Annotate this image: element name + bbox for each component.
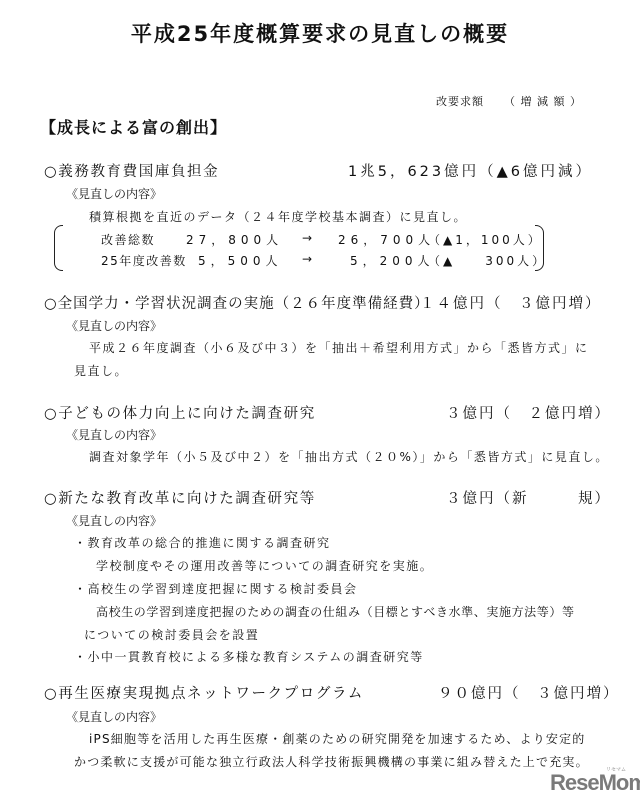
- item-sublabel-2: 《見直しの内容》: [66, 317, 162, 334]
- list-item-detail: 学校制度やその運用改善等についての調査研究を実施。: [96, 557, 433, 574]
- item-name-3: ○子どもの体力向上に向けた調査研究: [44, 402, 316, 423]
- item-amount-3: ３億円（ ２億円増）: [446, 402, 611, 423]
- page-title: 平成25年度概算要求の見直しの概要: [0, 18, 640, 48]
- item-line-5-1: iPS細胞等を活用した再生医療・創薬のための研究開発を加速するため、より安定的: [89, 730, 586, 747]
- bracket-left: [54, 225, 63, 271]
- item-sublabel-1: 《見直しの内容》: [66, 185, 162, 202]
- item-name-4: ○新たな教育改革に向けた調査研究等: [44, 487, 316, 508]
- item-name-2: ○全国学力・学習状況調査の実施（２６年度準備経費）: [44, 292, 430, 313]
- item-line-2-2: 見直し。: [74, 362, 128, 379]
- table-cell-diff: （▲ 300人）: [428, 252, 547, 269]
- list-item-detail: 高校生の学習到達度把握のための調査の仕組み（目標とすべき水準、実施方法等）等: [96, 603, 575, 620]
- list-item: ・小中一貫教育校による多様な教育システムの調査研究等: [74, 648, 424, 665]
- arrow-icon: →: [302, 252, 314, 266]
- table-row: 25年度改善数: [101, 252, 187, 269]
- table-cell-diff: （▲1，100人）: [428, 231, 543, 248]
- item-sublabel-3: 《見直しの内容》: [66, 426, 162, 443]
- item-line-5-2: かつ柔軟に支援が可能な独立行政法人科学技術振興機構の事業に組み替えた上で充実。: [74, 753, 589, 770]
- item-line-3-1: 調査対象学年（小５及び中２）を「抽出方式（２０%）」から「悉皆方式」に見直し。: [89, 448, 609, 465]
- item-amount-5: ９０億円（ ３億円増）: [438, 682, 620, 703]
- item-amount-4: ３億円（新 規）: [446, 487, 611, 508]
- section-title: 【成長による富の創出】: [40, 115, 227, 138]
- resemom-logo: ReseMom: [550, 770, 640, 796]
- item-sublabel-5: 《見直しの内容》: [66, 708, 162, 725]
- item-name-5: ○再生医療実現拠点ネットワークプログラム: [44, 682, 364, 703]
- column-header-change: （ 増 減 額 ）: [504, 95, 582, 108]
- column-header: 改要求額（ 増 減 額 ）: [436, 93, 582, 109]
- item-line-1-1: 積算根拠を直近のデータ（２４年度学校基本調査）に見直し。: [89, 208, 467, 225]
- table-cell-from: 27，800人: [186, 231, 283, 248]
- item-sublabel-4: 《見直しの内容》: [66, 512, 162, 529]
- column-header-amount: 改要求額: [436, 95, 484, 108]
- arrow-icon: →: [302, 231, 314, 245]
- list-item: ・高校生の学習到達度把握に関する検討委員会: [74, 580, 358, 597]
- item-amount-1: 1兆5，623億円（▲6億円減）: [348, 160, 593, 181]
- table-row: 改善総数: [101, 231, 155, 248]
- table-cell-from: 5，500人: [198, 252, 283, 269]
- item-line-2-1: 平成２６年度調査（小６及び中３）を「抽出＋希望利用方式」から「悉皆方式」に: [89, 339, 589, 356]
- table-cell-to: 5，200人: [350, 252, 435, 269]
- item-name-1: ○義務教育費国庫負担金: [44, 160, 219, 181]
- list-item-detail: についての検討委員会を設置: [84, 626, 259, 643]
- list-item: ・教育改革の総合的推進に関する調査研究: [74, 534, 331, 551]
- item-amount-2: １４億円（ ３億円増）: [420, 292, 602, 313]
- table-cell-to: 26，700人: [338, 231, 435, 248]
